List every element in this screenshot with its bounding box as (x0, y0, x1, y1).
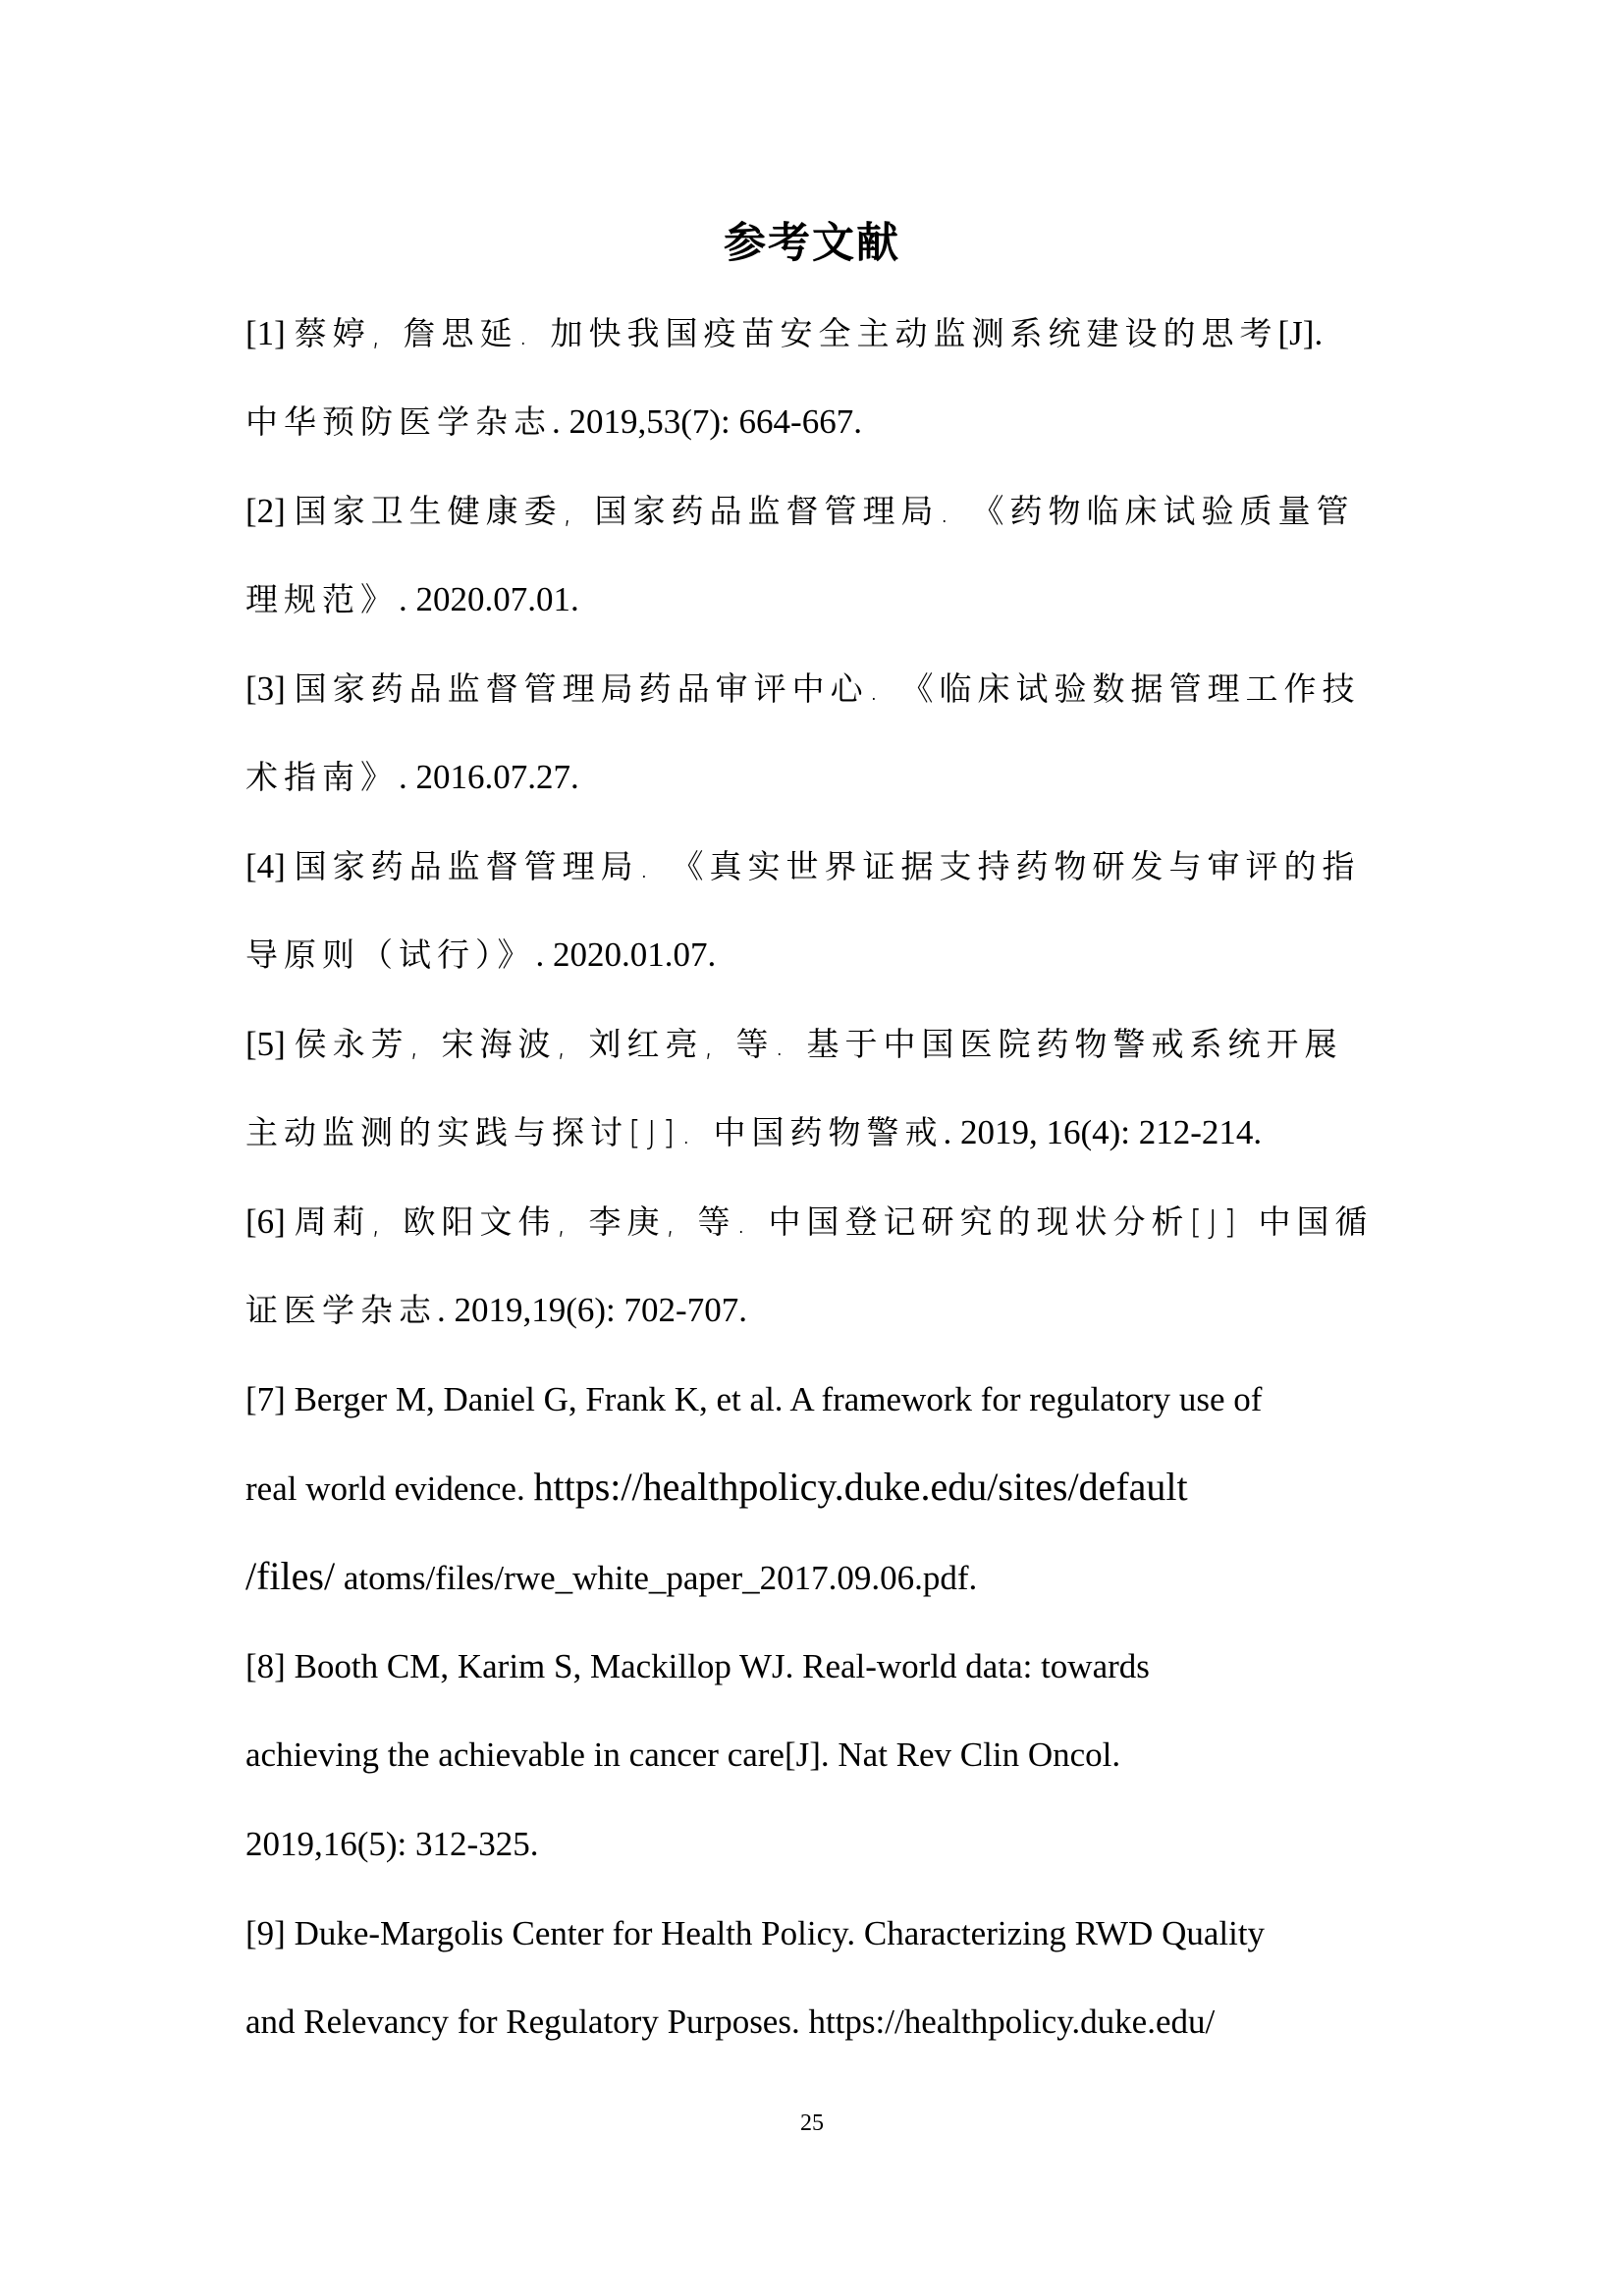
reference-number: [5] (245, 1025, 286, 1063)
reference-number: [6] (245, 1202, 286, 1241)
reference-number: [4] (245, 847, 286, 885)
reference-number: [9] (245, 1914, 286, 1952)
reference-number: [3] (245, 669, 286, 708)
reference-4-line-2: 导原则（试行）》. 2020.01.07. (245, 934, 716, 977)
reference-1-line-2: 中华预防医学杂志. 2019,53(7): 664-667. (245, 400, 862, 444)
reference-number: [2] (245, 492, 286, 530)
reference-7-line-3: /files/ atoms/files/rwe_white_paper_2017… (245, 1555, 977, 1600)
page-number: 25 (0, 2110, 1624, 2137)
reference-5-line-2: 主动监测的实践与探讨[J]. 中国药物警戒. 2019, 16(4): 212-… (245, 1111, 1262, 1154)
reference-9-line-1: [9] Duke-Margolis Center for Health Poli… (245, 1912, 1265, 1955)
reference-8-line-1: [8] Booth CM, Karim S, Mackillop WJ. Rea… (245, 1645, 1150, 1688)
reference-link[interactable]: https://healthpolicy.duke.edu/sites/defa… (533, 1465, 1187, 1509)
page-title: 参考文献 (0, 210, 1624, 270)
reference-8-line-2: achieving the achievable in cancer care[… (245, 1734, 1120, 1777)
reference-3-line-1: [3] 国家药品监督管理局药品审评中心. 《临床试验数据管理工作技 (245, 667, 1361, 711)
reference-6-line-1: [6] 周莉, 欧阳文伟, 李庚, 等. 中国登记研究的现状分析[J] 中国循 (245, 1201, 1373, 1244)
reference-4-line-1: [4] 国家药品监督管理局. 《真实世界证据支持药物研发与审评的指 (245, 845, 1361, 888)
reference-6-line-2: 证医学杂志. 2019,19(6): 702-707. (245, 1289, 747, 1332)
reference-number: [1] (245, 314, 286, 352)
reference-1-line-1: [1] 蔡婷, 詹思延. 加快我国疫苗安全主动监测系统建设的思考[J]. (245, 312, 1323, 355)
reference-number: [7] (245, 1380, 286, 1418)
reference-link[interactable]: /files/ (245, 1554, 335, 1598)
reference-9-line-2: and Relevancy for Regulatory Purposes. h… (245, 2001, 1215, 2044)
reference-7-line-1: [7] Berger M, Daniel G, Frank K, et al. … (245, 1378, 1262, 1421)
reference-5-line-1: [5] 侯永芳, 宋海波, 刘红亮, 等. 基于中国医院药物警戒系统开展 (245, 1023, 1342, 1066)
reference-2-line-1: [2] 国家卫生健康委, 国家药品监督管理局. 《药物临床试验质量管 (245, 490, 1355, 533)
reference-number: [8] (245, 1647, 286, 1685)
document-page: 参考文献 [1] 蔡婷, 詹思延. 加快我国疫苗安全主动监测系统建设的思考[J]… (0, 0, 1624, 2296)
reference-7-line-2: real world evidence. https://healthpolic… (245, 1466, 1188, 1511)
reference-8-line-3: 2019,16(5): 312-325. (245, 1823, 538, 1866)
reference-3-line-2: 术指南》. 2016.07.27. (245, 756, 579, 799)
reference-2-line-2: 理规范》. 2020.07.01. (245, 578, 579, 621)
